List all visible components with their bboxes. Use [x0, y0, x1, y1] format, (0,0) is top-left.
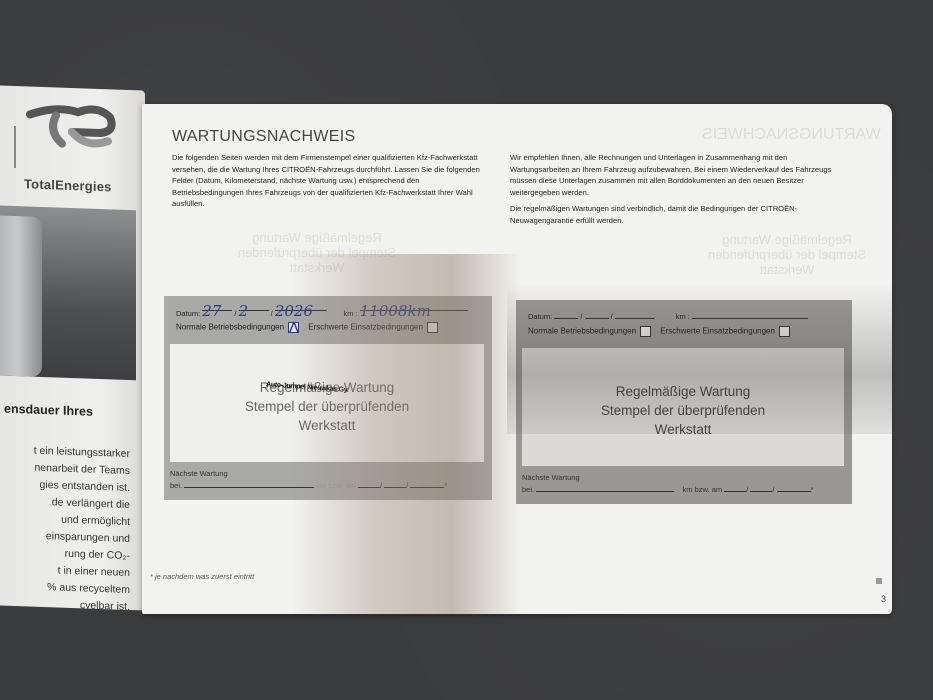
day-value: 27	[202, 302, 221, 320]
separator: /	[611, 312, 613, 321]
normal-conditions-label: Normale Betriebsbedingungen	[528, 327, 636, 336]
separator: /	[234, 309, 236, 318]
next-service-row: Nächste Wartung bei. km bzw. am / / *	[522, 472, 814, 495]
severe-conditions-label: Erschwerte Einsatzbedingungen	[660, 327, 775, 336]
severe-conditions-checkbox[interactable]	[427, 322, 438, 333]
intro-text-left: Die folgenden Seiten werden mit dem Firm…	[172, 152, 492, 210]
date-label: Datum:	[528, 312, 552, 321]
conditions-row: Normale Betriebsbedingungen Erschwerte E…	[528, 326, 790, 337]
workshop-stamp-area: Regelmäßige Wartung Stempel der überprüf…	[170, 344, 484, 462]
normal-conditions-checkbox[interactable]: ⋀	[288, 322, 299, 333]
conditions-row: Normale Betriebsbedingungen ⋀ Erschwerte…	[176, 322, 438, 333]
bleed-through-stamp: Regelmäßige Wartung Stempel der überprüf…	[232, 230, 402, 275]
next-service-label: Nächste Wartung	[170, 468, 447, 479]
footnote: * je nachdem was zuerst eintritt	[150, 572, 254, 581]
next-month-field[interactable]	[384, 479, 406, 488]
stamp-line: Stempel der überprüfenden	[170, 397, 484, 416]
date-km-row: Datum: 27 / 2 / 2026 km : 11008km	[176, 302, 468, 318]
ad-heading: ensdauer Ihres	[4, 402, 93, 419]
separator: /	[271, 309, 273, 318]
next-month-field[interactable]	[750, 483, 772, 492]
intro-paragraph: Wir empfehlen Ihnen, alle Rechnungen und…	[510, 152, 840, 198]
oil-canister-image	[0, 215, 42, 377]
totalenergies-logo-icon	[26, 100, 116, 153]
next-year-field[interactable]	[777, 483, 811, 492]
km-or-date-label: km bzw. am	[316, 481, 356, 490]
month-field[interactable]: 2	[239, 302, 269, 311]
km-value: 11008km	[360, 302, 431, 320]
separator: /	[406, 481, 408, 490]
page-title: WARTUNGSNACHWEIS	[172, 128, 355, 146]
intro-paragraph: Die regelmäßigen Wartungen sind verbindl…	[510, 203, 840, 226]
month-field[interactable]	[585, 310, 609, 319]
next-service-row: Nächste Wartung bei. km bzw. am / / *	[170, 468, 447, 491]
day-field[interactable]	[554, 310, 578, 319]
next-year-field[interactable]	[410, 479, 444, 488]
bleed-through-stamp: Regelmäßige Wartung Stempel der überprüf…	[702, 232, 872, 277]
normal-conditions-label: Normale Betriebsbedingungen	[176, 323, 284, 332]
year-field[interactable]	[615, 310, 655, 319]
date-label: Datum:	[176, 309, 200, 318]
year-value: 2026	[275, 302, 313, 320]
next-service-km-field[interactable]	[536, 483, 674, 492]
year-field[interactable]: 2026	[275, 302, 327, 311]
km-label: km :	[676, 312, 690, 321]
maintenance-entry-1: Datum: 27 / 2 / 2026 km : 11008km Normal…	[164, 296, 492, 500]
next-day-field[interactable]	[724, 483, 746, 492]
day-field[interactable]: 27	[202, 302, 232, 311]
bleed-through-title: WARTUNGSNACHWEIS	[702, 126, 881, 144]
severe-conditions-checkbox[interactable]	[779, 326, 790, 337]
date-km-row: Datum: / / km :	[528, 310, 808, 321]
ad-body: t ein leistungsstarker nenarbeit der Tea…	[0, 441, 130, 610]
maintenance-record-page: WARTUNGSNACHWEIS WARTUNGSNACHWEIS Die fo…	[142, 104, 892, 614]
km-label: km :	[344, 309, 358, 318]
separator: /	[380, 481, 382, 490]
km-or-date-label: km bzw. am	[683, 485, 723, 494]
separator: /	[746, 485, 748, 494]
stamp-line: Werkstatt	[170, 416, 484, 435]
separator: /	[580, 312, 582, 321]
stamp-line: Werkstatt	[522, 420, 844, 439]
asterisk: *	[444, 481, 447, 490]
separator: /	[772, 485, 774, 494]
stamp-placeholder: Regelmäßige Wartung Stempel der überprüf…	[522, 382, 844, 439]
divider	[14, 126, 16, 168]
page-number: 3	[881, 594, 886, 604]
month-value: 2	[239, 302, 249, 320]
normal-conditions-checkbox[interactable]	[640, 326, 651, 337]
page-marker	[876, 578, 882, 584]
next-service-label: Nächste Wartung	[522, 472, 814, 483]
km-field[interactable]: 11008km	[360, 302, 468, 311]
severe-conditions-label: Erschwerte Einsatzbedingungen	[308, 323, 423, 332]
intro-text-right: Wir empfehlen Ihnen, alle Rechnungen und…	[510, 152, 840, 231]
next-day-field[interactable]	[358, 479, 380, 488]
asterisk: *	[811, 485, 814, 494]
stamp-line: Regelmäßige Wartung	[522, 382, 844, 401]
at-label: bei.	[522, 485, 534, 494]
workshop-stamp-area: Regelmäßige Wartung Stempel der überprüf…	[522, 348, 844, 466]
stamp-line: Stempel der überprüfenden	[522, 401, 844, 420]
next-service-km-field[interactable]	[184, 479, 314, 488]
maintenance-entry-2: Datum: / / km : Normale Betriebsbedingun…	[516, 300, 852, 504]
km-field[interactable]	[692, 310, 808, 319]
left-page-advertisement: TotalEnergies ensdauer Ihres t ein leist…	[0, 85, 145, 610]
brand-name: TotalEnergies	[24, 176, 112, 194]
at-label: bei.	[170, 481, 182, 490]
